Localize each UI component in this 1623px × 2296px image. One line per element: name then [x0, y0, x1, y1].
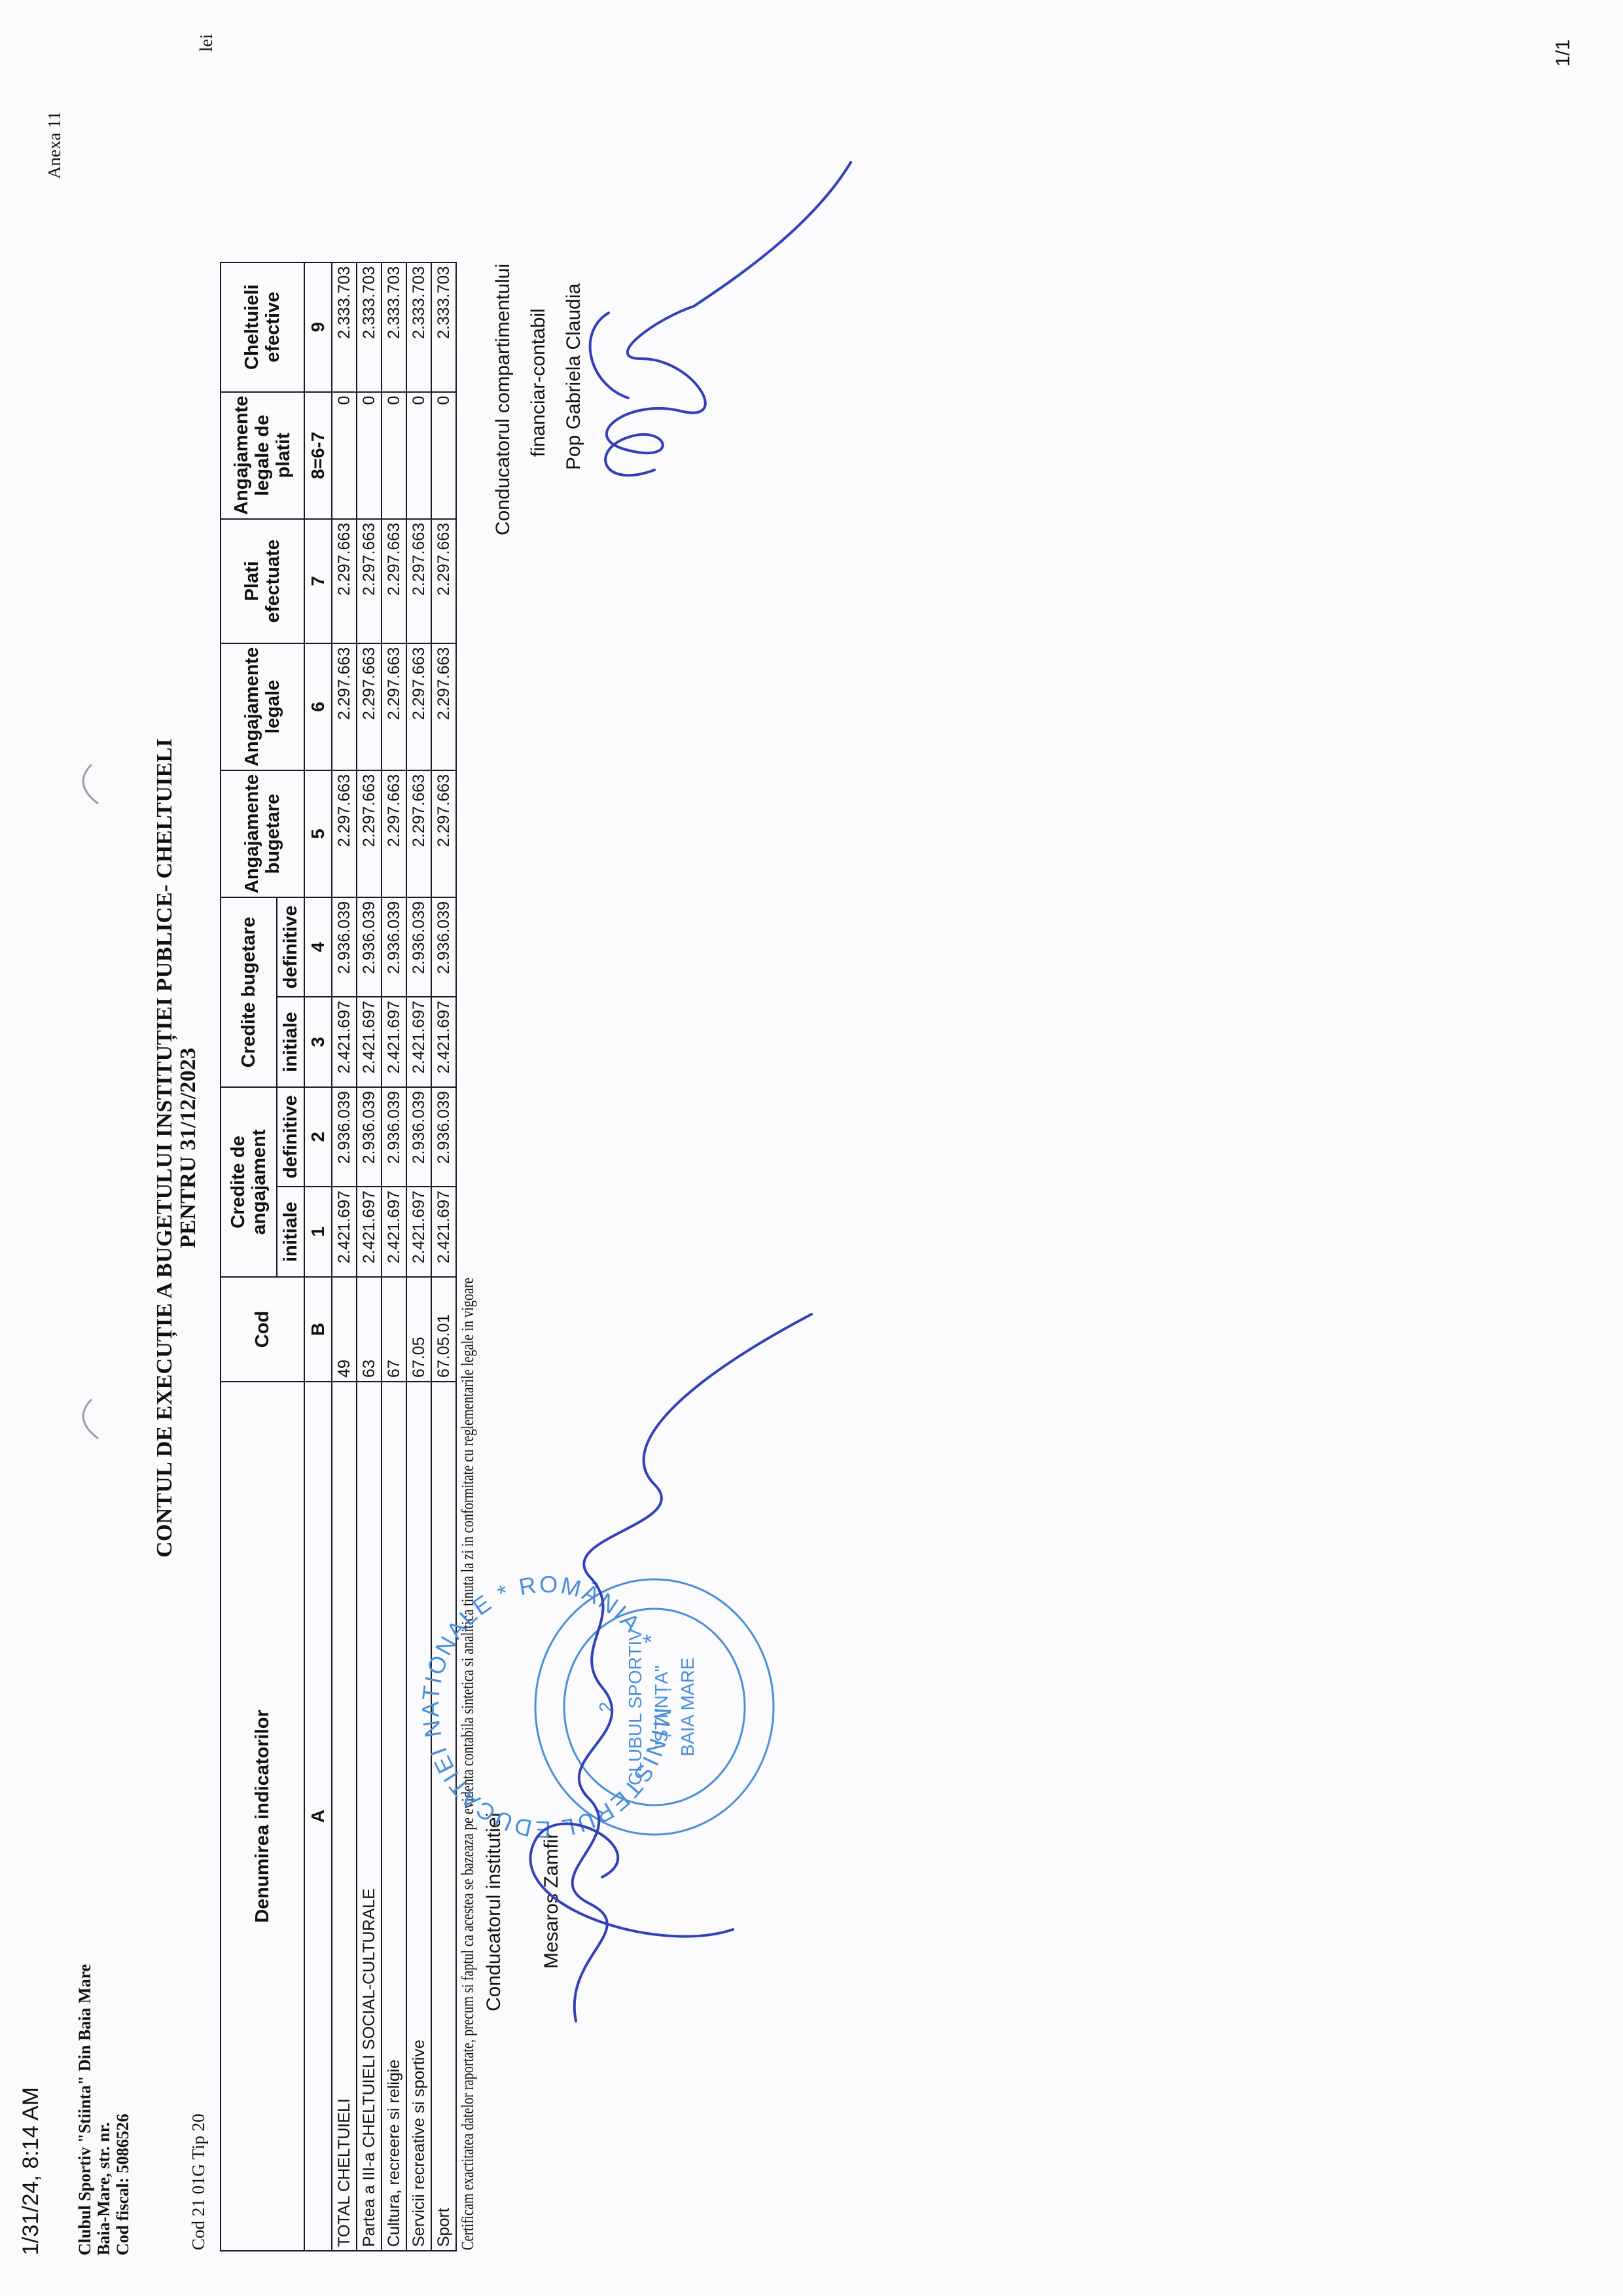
- row-ca-initiale: 2.421.697: [406, 1187, 431, 1277]
- row-angajamente-legale: 2.297.663: [406, 643, 431, 770]
- header-cb-initiale: initiale: [277, 997, 304, 1087]
- header-cheltuieli-efective: Cheltuieli efective: [221, 262, 304, 392]
- table-row: Cultura, recreere si religie672.421.6972…: [382, 262, 406, 2251]
- annex-label: Anexa 11: [45, 111, 65, 179]
- row-angajamente-legale: 2.297.663: [431, 643, 456, 770]
- row-cod: 67: [382, 1277, 406, 1382]
- row-ca-definitive: 2.936.039: [332, 1087, 357, 1187]
- row-cod: 67.05: [406, 1277, 431, 1382]
- row-angajamente-bugetare: 2.297.663: [431, 770, 456, 897]
- header-ca-definitive: definitive: [277, 1087, 304, 1187]
- stamp-number: 2: [596, 1702, 616, 1712]
- row-angajamente-bugetare: 2.297.663: [406, 770, 431, 897]
- row-cb-definitive: 2.936.039: [382, 897, 406, 997]
- row-ca-initiale: 2.421.697: [431, 1187, 456, 1277]
- row-cod: 67.05.01: [431, 1277, 456, 1382]
- row-plati-efectuate: 2.297.663: [406, 519, 431, 643]
- stamp-line: CLUBUL SPORTIV: [625, 1628, 645, 1785]
- row-plati-efectuate: 2.297.663: [431, 519, 456, 643]
- finance-head-subtitle: financiar-contabil: [527, 308, 550, 457]
- stamp-line: BAIA MARE: [677, 1658, 698, 1757]
- row-angajamente-legale: 2.297.663: [357, 643, 382, 770]
- document-title: CONTUL DE EXECUȚIE A BUGETULUI INSTITUȚI…: [153, 0, 200, 2296]
- row-cheltuieli-efective: 2.333.703: [357, 262, 382, 392]
- scanned-document-page: 1/31/24, 8:14 AM Clubul Sportiv "Stiinta…: [0, 0, 1623, 2296]
- header-angajamente-legale-de-platit: Angajamente legale de platit: [221, 392, 304, 519]
- table-row: Sport67.05.012.421.6972.936.0392.421.697…: [431, 262, 456, 2251]
- finance-head-name: Pop Gabriela Claudia: [563, 283, 585, 470]
- row-name: Cultura, recreere si religie: [382, 1382, 406, 2251]
- column-index-5: 4: [304, 897, 332, 997]
- stamp-inner-ring-icon: [564, 1609, 745, 1805]
- header-cb-definitive: definitive: [277, 897, 304, 997]
- document-title-line2: PENTRU 31/12/2023: [177, 0, 200, 2296]
- column-index-1: B: [304, 1277, 332, 1382]
- finance-head-title: Conducatorul compartimentului: [492, 264, 514, 535]
- row-ca-initiale: 2.421.697: [332, 1187, 357, 1277]
- finance-head-signature-icon: [605, 162, 851, 475]
- institution-fiscal-code: Cod fiscal: 5086526: [113, 1964, 132, 2255]
- budget-execution-table: Denumirea indicatorilor Cod Credite de a…: [220, 262, 457, 2251]
- column-index-6: 5: [304, 770, 332, 897]
- column-index-3: 2: [304, 1087, 332, 1187]
- stamp-line: "ȘTIINȚA": [651, 1665, 671, 1748]
- column-index-7: 6: [304, 643, 332, 770]
- row-cb-initiale: 2.421.697: [382, 997, 406, 1087]
- punch-hole-mark-icon: [83, 764, 98, 804]
- print-timestamp: 1/31/24, 8:14 AM: [18, 2087, 44, 2255]
- column-index-9: 8=6-7: [304, 392, 332, 519]
- header-credite-angajament: Credite de angajament: [221, 1087, 277, 1277]
- column-index-row: AB12345678=6-79: [304, 262, 332, 2251]
- row-ca-initiale: 2.421.697: [357, 1187, 382, 1277]
- row-angajamente-bugetare: 2.297.663: [357, 770, 382, 897]
- row-angajamente-de-platit: 0: [357, 392, 382, 519]
- document-title-line1: CONTUL DE EXECUȚIE A BUGETULUI INSTITUȚI…: [153, 0, 177, 2296]
- row-ca-definitive: 2.936.039: [431, 1087, 456, 1187]
- row-plati-efectuate: 2.297.663: [382, 519, 406, 643]
- row-plati-efectuate: 2.297.663: [357, 519, 382, 643]
- row-cb-initiale: 2.421.697: [431, 997, 456, 1087]
- header-angajamente-legale: Angajamente legale: [221, 643, 304, 770]
- row-cb-definitive: 2.936.039: [357, 897, 382, 997]
- punch-hole-mark-icon: [83, 1399, 98, 1439]
- institution-head-title: Conducatorul institutiei: [483, 1812, 505, 2011]
- row-cb-initiale: 2.421.697: [332, 997, 357, 1087]
- finance-head-signature-loop-icon: [590, 313, 628, 398]
- row-cb-definitive: 2.936.039: [431, 897, 456, 997]
- column-index-10: 9: [304, 262, 332, 392]
- row-cb-definitive: 2.936.039: [406, 897, 431, 997]
- column-index-2: 1: [304, 1187, 332, 1277]
- row-cod: 63: [357, 1277, 382, 1382]
- header-plati-efectuate: Plati efectuate: [221, 519, 304, 643]
- institution-name: Clubul Sportiv "Stiinta" Din Baia Mare: [75, 1964, 94, 2255]
- form-code: Cod 21 01G Tip 20: [188, 2113, 209, 2250]
- header-ca-initiale: initiale: [277, 1187, 304, 1277]
- row-cheltuieli-efective: 2.333.703: [431, 262, 456, 392]
- column-index-4: 3: [304, 997, 332, 1087]
- certification-statement: Certificam exactitatea datelor raportate…: [458, 1278, 478, 2250]
- budget-table-body: TOTAL CHELTUIELI492.421.6972.936.0392.42…: [332, 262, 456, 2251]
- row-angajamente-legale: 2.297.663: [332, 643, 357, 770]
- header-credite-bugetare: Credite bugetare: [221, 897, 277, 1087]
- row-angajamente-de-platit: 0: [382, 392, 406, 519]
- institution-header: Clubul Sportiv "Stiinta" Din Baia Mare B…: [75, 1964, 132, 2255]
- row-name: Partea a III-a CHELTUIELI SOCIAL-CULTURA…: [357, 1382, 382, 2251]
- row-name: TOTAL CHELTUIELI: [332, 1382, 357, 2251]
- row-angajamente-bugetare: 2.297.663: [382, 770, 406, 897]
- currency-unit: lei: [196, 34, 217, 52]
- header-cod: Cod: [221, 1277, 304, 1382]
- header-angajamente-bugetare: Angajamente bugetare: [221, 770, 304, 897]
- table-row: Servicii recreative si sportive67.052.42…: [406, 262, 431, 2251]
- stamp-outer-ring-icon: [535, 1579, 774, 1835]
- row-cod: 49: [332, 1277, 357, 1382]
- table-row: TOTAL CHELTUIELI492.421.6972.936.0392.42…: [332, 262, 357, 2251]
- row-plati-efectuate: 2.297.663: [332, 519, 357, 643]
- row-cheltuieli-efective: 2.333.703: [382, 262, 406, 392]
- row-cheltuieli-efective: 2.333.703: [332, 262, 357, 392]
- row-angajamente-de-platit: 0: [431, 392, 456, 519]
- row-ca-definitive: 2.936.039: [406, 1087, 431, 1187]
- institution-address: Baia-Mare, str. nr.: [94, 1964, 113, 2255]
- row-ca-definitive: 2.936.039: [382, 1087, 406, 1187]
- row-cb-initiale: 2.421.697: [406, 997, 431, 1087]
- row-ca-initiale: 2.421.697: [382, 1187, 406, 1277]
- column-index-8: 7: [304, 519, 332, 643]
- row-name: Sport: [431, 1382, 456, 2251]
- row-angajamente-de-platit: 0: [406, 392, 431, 519]
- institution-head-signature-icon: [573, 1314, 811, 2021]
- row-name: Servicii recreative si sportive: [406, 1382, 431, 2251]
- row-cheltuieli-efective: 2.333.703: [406, 262, 431, 392]
- row-angajamente-bugetare: 2.297.663: [332, 770, 357, 897]
- row-angajamente-legale: 2.297.663: [382, 643, 406, 770]
- row-ca-definitive: 2.936.039: [357, 1087, 382, 1187]
- column-index-0: A: [304, 1382, 332, 2251]
- institution-head-name: Mesaros Zamfir: [541, 1833, 563, 1969]
- row-angajamente-de-platit: 0: [332, 392, 357, 519]
- table-row: Partea a III-a CHELTUIELI SOCIAL-CULTURA…: [357, 262, 382, 2251]
- header-name: Denumirea indicatorilor: [221, 1382, 304, 2251]
- row-cb-definitive: 2.936.039: [332, 897, 357, 997]
- page-number: 1/1: [1552, 39, 1575, 67]
- row-cb-initiale: 2.421.697: [357, 997, 382, 1087]
